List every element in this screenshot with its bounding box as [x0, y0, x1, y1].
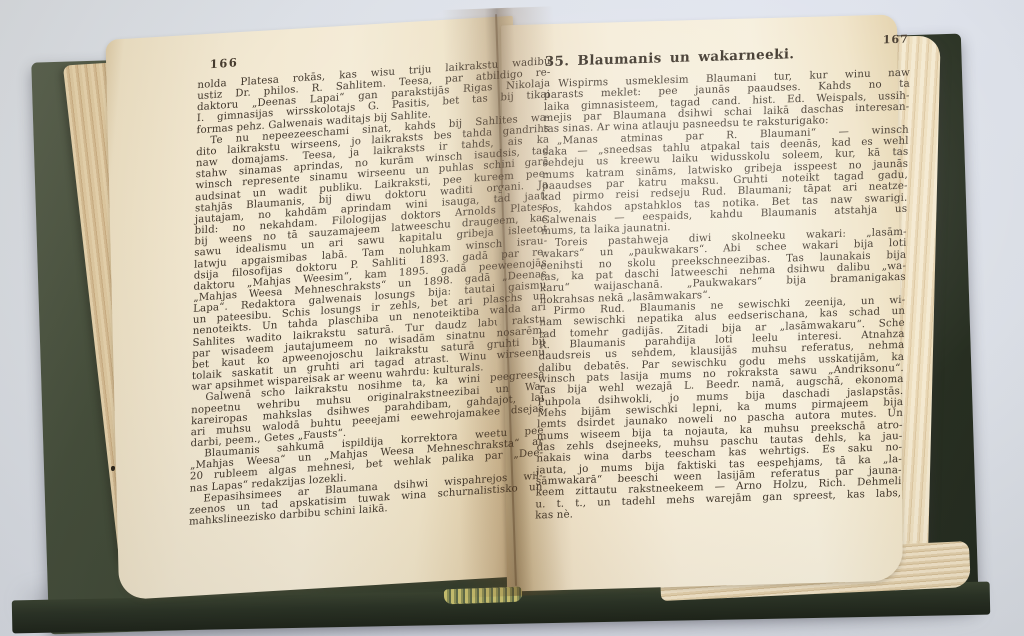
left-page-body: nolda Platesa rokās, kas wisu triju laik… — [189, 56, 551, 528]
left-page-text: 166 nolda Platesa rokās, kas wisu triju … — [189, 34, 551, 528]
right-page-body: Wispirms usmeklesim Blaumani tur, kur wi… — [535, 68, 910, 522]
right-page-text: 167 35. Blaumanis un wakarneeki. Wispirm… — [535, 37, 911, 522]
page-number-right: 167 — [883, 33, 909, 47]
spine-headband — [444, 587, 522, 605]
photo-background: 166 nolda Platesa rokās, kas wisu triju … — [0, 0, 1024, 636]
